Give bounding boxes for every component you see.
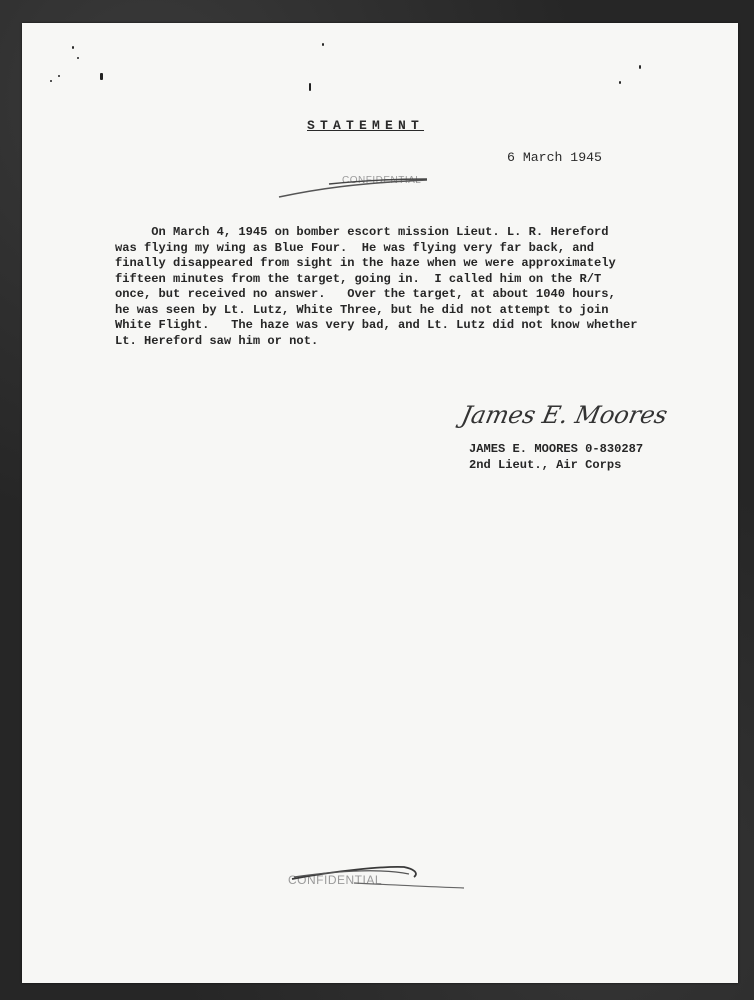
signatory-name: JAMES E. MOORES 0-830287 xyxy=(469,441,643,457)
body-line: On March 4, 1945 on bomber escort missio… xyxy=(115,225,638,241)
statement-date: 6 March 1945 xyxy=(507,150,602,165)
dust-speck xyxy=(619,81,621,84)
signature-block: JAMES E. MOORES 0-8302872nd Lieut., Air … xyxy=(469,441,643,473)
statement-title: STATEMENT xyxy=(307,118,424,133)
body-line: was flying my wing as Blue Four. He was … xyxy=(115,241,638,257)
body-line: Lt. Hereford saw him or not. xyxy=(115,334,638,350)
dust-speck xyxy=(77,57,79,59)
body-line: finally disappeared from sight in the ha… xyxy=(115,256,638,272)
body-line: he was seen by Lt. Lutz, White Three, bu… xyxy=(115,303,638,319)
dust-speck xyxy=(639,65,641,69)
document-page: STATEMENT 6 March 1945 CONFIDENTIAL On M… xyxy=(22,23,738,983)
signatory-rank: 2nd Lieut., Air Corps xyxy=(469,457,643,473)
dust-speck xyxy=(58,75,60,77)
statement-body: On March 4, 1945 on bomber escort missio… xyxy=(115,225,638,349)
strike-through-mark-top xyxy=(277,171,437,201)
dust-speck xyxy=(72,46,74,49)
handwritten-signature: James E. Moores xyxy=(459,401,670,429)
dust-speck xyxy=(309,83,311,91)
dust-speck xyxy=(100,73,103,80)
strike-through-mark-bottom xyxy=(284,861,469,893)
body-line: once, but received no answer. Over the t… xyxy=(115,287,638,303)
dust-speck xyxy=(322,43,324,46)
body-line: White Flight. The haze was very bad, and… xyxy=(115,318,638,334)
dust-speck xyxy=(50,80,52,82)
body-line: fifteen minutes from the target, going i… xyxy=(115,272,638,288)
